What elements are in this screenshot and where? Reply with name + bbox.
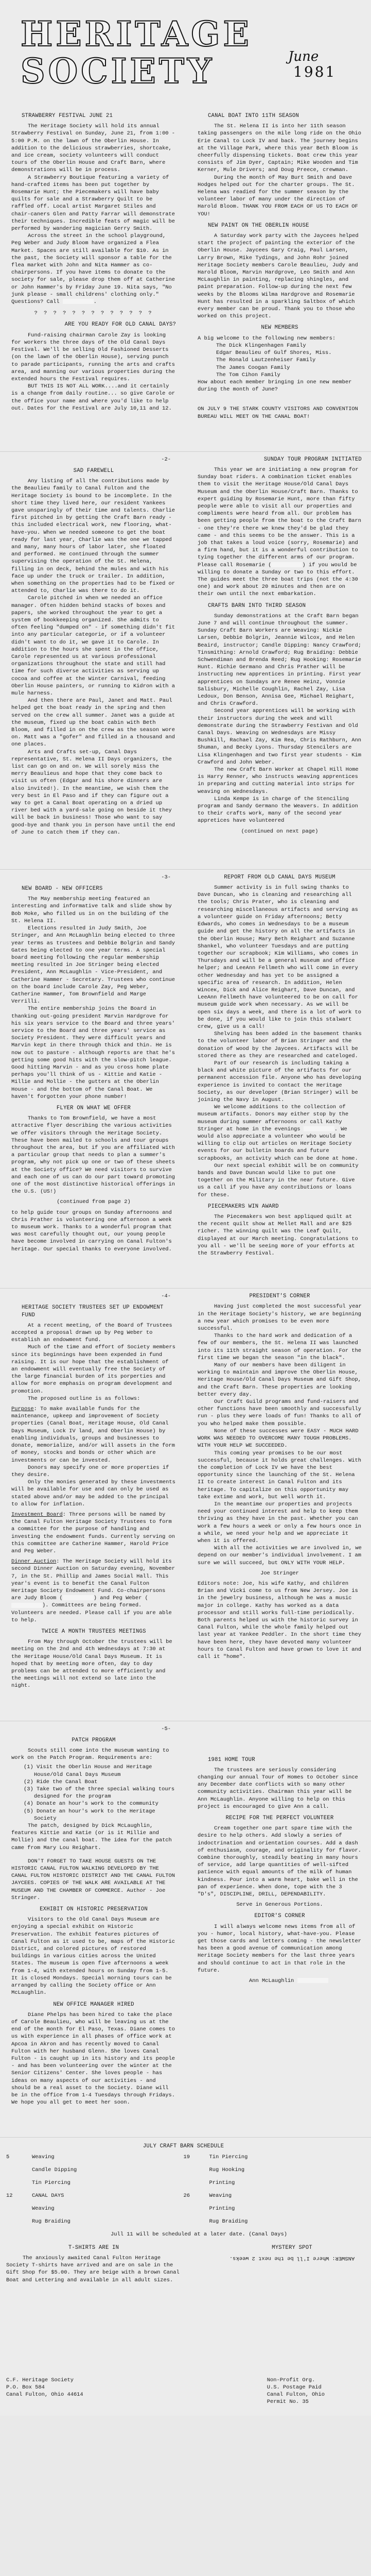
list-item: Edgar Beaulieu of Gulf Shores, Miss. xyxy=(216,349,362,357)
page-5-right-column: 1981 HOME TOUR The trustees are seriousl… xyxy=(185,1721,371,2107)
masthead: Heritage Society June 1981 xyxy=(0,0,371,108)
list-item: The Dick Klingenhagen Family xyxy=(216,342,362,349)
article-heading: PATCH PROGRAM xyxy=(11,1737,176,1744)
editors-note: Editors note: Joe, his wife Kathy, and c… xyxy=(198,1580,362,1660)
article-heading: REPORT FROM OLD CANAL DAYS MUSEUM xyxy=(198,874,362,881)
list-item: (5) Donate an hour's work to the Heritag… xyxy=(24,1808,176,1822)
article-piecemakers: PIECEMAKERS WIN AWARD The Piecemakers wo… xyxy=(198,1203,362,1257)
list-item: (2) Ride the Canal Boat xyxy=(24,1778,176,1786)
article-heading: NEW BOARD - NEW OFFICERS xyxy=(22,885,176,892)
article-heading: 1981 HOME TOUR xyxy=(208,1756,362,1764)
separator: ? ? ? ? ? ? ? ? ? ? ? ? ? xyxy=(11,310,176,317)
schedule-right: 19Tin Piercing Rug Hooking Printing 26We… xyxy=(184,2154,361,2231)
schedule-row: 12CANAL DAYS xyxy=(6,2192,184,2205)
article-home-tour: 1981 HOME TOUR The trustees are seriousl… xyxy=(198,1756,362,1810)
continued-note: (continued from page 2) xyxy=(11,1198,176,1206)
article-museum-report: REPORT FROM OLD CANAL DAYS MUSEUM Summer… xyxy=(198,874,362,1199)
article-heading: ARE YOU READY FOR OLD CANAL DAYS? xyxy=(11,321,176,328)
article-heading: NEW MEMBERS xyxy=(198,324,362,331)
list-item: The James Coogan Family xyxy=(216,364,362,371)
article-heading: EXHIBIT ON HISTORIC PRESERVATION xyxy=(11,1906,176,1913)
redacted-phone xyxy=(297,1978,328,1983)
article-presidents-corner: PRESIDENT'S CORNER Having just completed… xyxy=(198,1293,362,1660)
list-item: (3) Take two of the three special walkin… xyxy=(24,1786,176,1800)
newsletter: Heritage Society June 1981 STRAWBERRY FE… xyxy=(0,0,371,2416)
page-3: -3- NEW BOARD - NEW OFFICERS The May mem… xyxy=(0,870,371,1257)
mystery-answer-upside-down: ANSWER: Where I'll be the next 2 weeks. xyxy=(217,2255,367,2262)
article-heading: EDITOR'S CORNER xyxy=(198,1912,362,1920)
article-heading: FLYER ON WHAT WE OFFER xyxy=(11,1105,176,1112)
page-5-left-column: -5- PATCH PROGRAM Scouts still come into… xyxy=(0,1721,185,2107)
article-heading: SUNDAY TOUR PROGRAM INITIATED xyxy=(198,456,362,463)
redacted-phone xyxy=(271,562,302,567)
list-item: (4) Donate an hour's work to the communi… xyxy=(24,1800,176,1807)
article-office-manager: NEW OFFICE MANAGER HIRED Diane Phelps ha… xyxy=(11,2001,176,2107)
issue-date: June 1981 xyxy=(288,49,336,80)
article-sunday-tour: SUNDAY TOUR PROGRAM INITIATED This year … xyxy=(198,456,362,598)
walking-tour-notice: DON'T FORGET TO TAKE HOUSE GUESTS ON THE… xyxy=(11,1858,176,1902)
article-heading: TWICE A MONTH TRUSTEES MEETINGS xyxy=(11,1628,176,1635)
article-crafts-barn: CRAFTS BARN INTO THIRD SEASON Sunday dem… xyxy=(198,602,362,835)
article-trustees-meetings: TWICE A MONTH TRUSTEES MEETINGS From May… xyxy=(11,1628,176,1690)
schedule-heading: JULY CRAFT BARN SCHEDULE xyxy=(6,2143,361,2150)
schedule-note: Jull 11 will be scheduled at a later dat… xyxy=(37,2231,361,2238)
article-new-members: NEW MEMBERS A big welcome to the followi… xyxy=(198,324,362,393)
page-4: -4- HERITAGE SOCIETY TRUSTEES SET UP END… xyxy=(0,1289,371,1689)
article-tshirts: T-SHIRTS ARE IN The anxiously awaited Ca… xyxy=(6,2240,181,2284)
page-5: -5- PATCH PROGRAM Scouts still come into… xyxy=(0,1721,371,2107)
continued-note: (continued on next page) xyxy=(198,828,362,835)
article-endowment: HERITAGE SOCIETY TRUSTEES SET UP ENDOWME… xyxy=(11,1304,176,1624)
redacted-phone xyxy=(304,1126,334,1131)
article-new-paint: NEW PAINT ON THE OBERLIN HOUSE A Saturda… xyxy=(198,222,362,320)
page-3-left-column: -3- NEW BOARD - NEW OFFICERS The May mem… xyxy=(0,870,185,1257)
list-item: The Ronald Lautzenheiser Family xyxy=(216,357,362,364)
article-editors-corner: EDITOR'S CORNER I will always welcome ne… xyxy=(198,1912,362,1985)
redacted-phone xyxy=(63,1595,94,1600)
article-heading: T-SHIRTS ARE IN xyxy=(6,2244,181,2251)
article-canal-boat: CANAL BOAT INTO 11TH SEASON The St. Hele… xyxy=(198,112,362,218)
page-1: STRAWBERRY FESTIVAL JUNE 21 The Heritage… xyxy=(0,108,371,420)
issue-year: 1981 xyxy=(293,64,336,80)
page-2-left-column: -2- SAD FAREWELL Any listing of all the … xyxy=(0,452,185,838)
requirements-list: (1) Visit the Oberlin House and Heritage… xyxy=(24,1764,176,1822)
page-1-left-column: STRAWBERRY FESTIVAL JUNE 21 The Heritage… xyxy=(0,108,185,420)
page-3-right-column: REPORT FROM OLD CANAL DAYS MUSEUM Summer… xyxy=(185,870,371,1257)
article-heading: STRAWBERRY FESTIVAL JUNE 21 xyxy=(22,112,176,120)
article-heading: RECIPE FOR THE PERFECT VOLUNTEER xyxy=(198,1815,362,1822)
page-2: -2- SAD FAREWELL Any listing of all the … xyxy=(0,452,371,838)
return-address: C.F. Heritage Society P.O. Box 584 Canal… xyxy=(6,2377,83,2405)
july-9-notice: ON JULY 9 THE STARK COUNTY VISITORS AND … xyxy=(198,405,362,420)
schedule-row: 26Weaving xyxy=(184,2192,361,2205)
postage-indicia: Non-Profit Org. U.S. Postage Paid Canal … xyxy=(267,2377,325,2405)
article-heading: PRESIDENT'S CORNER xyxy=(198,1293,362,1300)
article-heading: SAD FAREWELL xyxy=(11,467,176,474)
article-continued: (continued from page 2) to help guide to… xyxy=(11,1198,176,1252)
article-heading: CRAFTS BARN INTO THIRD SEASON xyxy=(208,602,362,609)
page-number: -4- xyxy=(11,1293,171,1300)
article-patch-program: PATCH PROGRAM Scouts still come into the… xyxy=(11,1737,176,1852)
mystery-spot: MYSTERY SPOT ANSWER: Where I'll be the n… xyxy=(181,2240,367,2284)
redacted-phone xyxy=(63,299,94,304)
article-heading: HERITAGE SOCIETY TRUSTEES SET UP ENDOWME… xyxy=(22,1304,176,1318)
article-recipe: RECIPE FOR THE PERFECT VOLUNTEER Cream t… xyxy=(198,1815,362,1908)
article-heading: PIECEMAKERS WIN AWARD xyxy=(208,1203,362,1210)
issue-month: June xyxy=(288,49,336,64)
article-heading: NEW PAINT ON THE OBERLIN HOUSE xyxy=(208,222,362,229)
recipe-serve: Serve in Generous Portions. xyxy=(198,1901,362,1908)
new-members-list: The Dick Klingenhagen Family Edgar Beaul… xyxy=(216,342,362,379)
page-4-right-column: PRESIDENT'S CORNER Having just completed… xyxy=(185,1289,371,1689)
page-number: -2- xyxy=(11,456,171,463)
article-sad-farewell: SAD FAREWELL Any listing of all the cont… xyxy=(11,467,176,836)
mailing-footer: C.F. Heritage Society P.O. Box 584 Canal… xyxy=(0,2284,371,2416)
schedule-left: 5Weaving Candle Dipping Tin Piercing 12C… xyxy=(6,2154,184,2231)
signature: Ann McLaughlin xyxy=(249,1978,294,1984)
page-4-left-column: -4- HERITAGE SOCIETY TRUSTEES SET UP END… xyxy=(0,1289,185,1689)
article-exhibit: EXHIBIT ON HISTORIC PRESERVATION Visitor… xyxy=(11,1906,176,1996)
article-old-canal-days: ARE YOU READY FOR OLD CANAL DAYS? Fund-r… xyxy=(11,321,176,412)
schedule-row: 19Tin Piercing xyxy=(184,2154,361,2166)
article-flyer: FLYER ON WHAT WE OFFER Thanks to Tom Bro… xyxy=(11,1105,176,1195)
page-number: -5- xyxy=(11,1725,171,1733)
signature: Joe Stringer xyxy=(198,1570,362,1577)
craft-barn-schedule: JULY CRAFT BARN SCHEDULE 5Weaving Candle… xyxy=(0,2138,371,2238)
article-heading: NEW OFFICE MANAGER HIRED xyxy=(11,2001,176,2008)
page-number: -3- xyxy=(11,874,171,881)
schedule-row: 5Weaving xyxy=(6,2154,184,2166)
list-item: (1) Visit the Oberlin House and Heritage… xyxy=(24,1764,176,1778)
page-1-right-column: CANAL BOAT INTO 11TH SEASON The St. Hele… xyxy=(185,108,371,420)
article-new-board: NEW BOARD - NEW OFFICERS The May members… xyxy=(11,885,176,1100)
article-heading: MYSTERY SPOT xyxy=(217,2244,367,2251)
article-heading: CANAL BOAT INTO 11TH SEASON xyxy=(208,112,362,120)
list-item: The Tom Cihon Family xyxy=(216,371,362,379)
article-strawberry-festival: STRAWBERRY FESTIVAL JUNE 21 The Heritage… xyxy=(11,112,176,317)
page-2-right-column: SUNDAY TOUR PROGRAM INITIATED This year … xyxy=(185,452,371,838)
redacted-phone xyxy=(11,1603,42,1608)
mailer-bottom: T-SHIRTS ARE IN The anxiously awaited Ca… xyxy=(0,2240,371,2284)
